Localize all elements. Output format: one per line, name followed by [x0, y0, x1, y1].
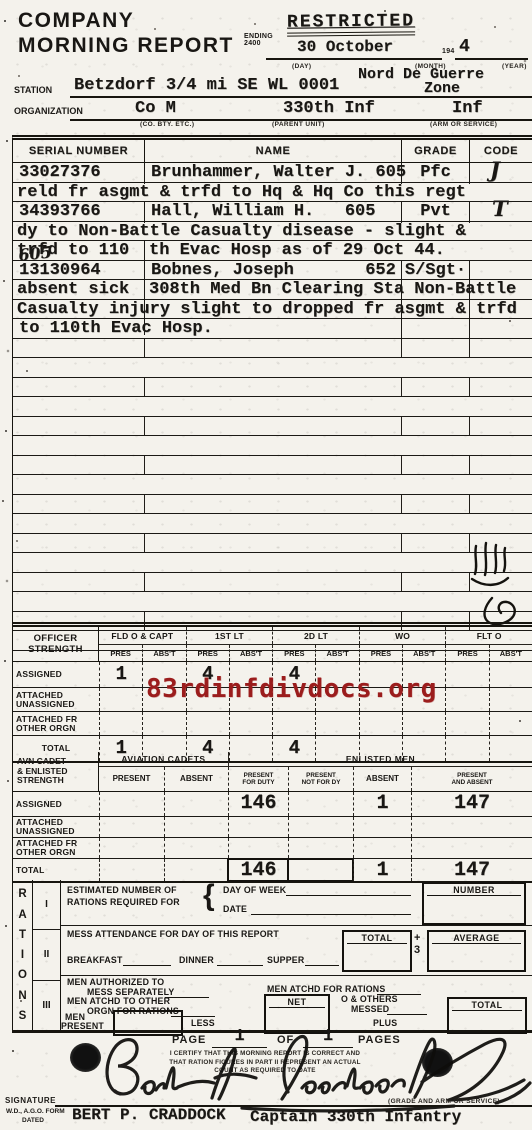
roster-row-remarks: to 110th Evac Hosp.	[13, 319, 532, 339]
rations-part-1: ESTIMATED NUMBER OF RATIONS REQUIRED FOR…	[61, 880, 532, 926]
supper-line	[305, 956, 339, 966]
archive-watermark: 83rdinfdivdocs.org	[146, 674, 437, 704]
officer-fldo-pres: 1	[115, 663, 126, 685]
report-year: 4	[459, 37, 470, 57]
rations-roman-numerals: IIIIII	[33, 880, 61, 1030]
plus-label: PLUS	[373, 1018, 397, 1028]
typed-signature-name: BERT P. CRADDOCK	[72, 1106, 226, 1124]
rations-total-label: TOTAL	[452, 1000, 522, 1011]
empty-row	[13, 514, 532, 534]
signature-label: SIGNATURE	[5, 1096, 56, 1105]
rations-section: RAT ION S IIIIII ESTIMATED NUMBER OF RAT…	[12, 880, 532, 1033]
date-underline	[266, 58, 442, 60]
enlisted-absent: 1	[376, 792, 388, 815]
scan-noise	[4, 20, 6, 22]
empty-row	[13, 397, 532, 417]
serial-number: 33027376	[19, 163, 101, 182]
number-box-label: NUMBER	[427, 885, 521, 896]
day-of-week-label: DAY OF WEEK	[223, 885, 286, 895]
form-title-line2: MORNING REPORT	[18, 34, 234, 58]
dinner-label: DINNER	[179, 955, 214, 965]
organization-label: ORGANIZATION	[14, 106, 83, 116]
serial-number: 13130964	[19, 261, 101, 280]
remarks-text: 308th Med Bn Clearing Sta Non-Battle	[149, 280, 516, 299]
date-line	[251, 905, 411, 915]
rations-vertical-label: RAT ION S	[13, 880, 33, 1030]
typed-signature-rank: Captain 330th Infantry	[250, 1108, 461, 1126]
divide-three: 3	[414, 944, 420, 956]
enlisted-strength-header: AVN CADET& ENLISTEDSTRENGTH AVIATION CAD…	[13, 752, 532, 792]
col-name: NAME	[144, 140, 401, 162]
station-zone-line2: Zone	[424, 80, 460, 97]
supper-label: SUPPER	[267, 955, 304, 965]
remarks-text: th Evac Hosp as of 29 Oct 44.	[149, 241, 445, 260]
roster-row-remarks: dy to Non-Battle Casualty disease - slig…	[13, 222, 532, 242]
mess-separately-line	[165, 988, 209, 998]
rations-part-3: MEN AUTHORIZED TO MESS SEPARATELY MEN AT…	[61, 975, 532, 1030]
roster-row-remarks: trfd to 110 th Evac Hosp as of 29 Oct 44…	[13, 241, 532, 261]
year-underline	[455, 58, 528, 60]
officer-strength-header: OFFICERSTRENGTH FLD O & CAPT1ST LT 2D LT…	[13, 627, 532, 662]
org-arm-value: Inf	[452, 99, 483, 118]
total-box-label: TOTAL	[347, 933, 407, 944]
station-label: STATION	[14, 85, 52, 95]
enlisted-strength-title: AVN CADET& ENLISTEDSTRENGTH	[13, 752, 99, 791]
empty-row	[13, 339, 532, 359]
grade-arm-sublabel: (GRADE AND ARM OR SERVICE)	[388, 1098, 500, 1105]
empty-row	[13, 456, 532, 476]
messed-label: MESSED	[351, 1004, 389, 1014]
empty-row	[13, 573, 532, 593]
soldier-name: Bobnes, Joseph 652	[151, 261, 396, 280]
enlisted-attached-fr-other-row: ATTACHED FROTHER ORGN	[13, 838, 532, 859]
org-company-value: Co M	[135, 99, 176, 118]
empty-row	[13, 534, 532, 554]
enlisted-present-and-absent: 147	[454, 792, 490, 815]
day-sublabel: (DAY)	[292, 63, 311, 70]
remarks-text: reld fr asgmt & trfd to Hq & Hq Co this …	[17, 183, 466, 202]
remarks-text: Casualty injury slight to dropped fr asg…	[17, 300, 517, 319]
pen-scribble	[462, 538, 532, 633]
date-label: DATE	[223, 904, 247, 914]
company-sublabel: (CO. BTY. ETC.)	[140, 121, 194, 128]
enlisted-subheader: PRESENT ABSENT PRESENTFOR DUTY PRESENTNO…	[99, 767, 532, 791]
officer-attached-fr-other-row: ATTACHED FROTHER ORGN	[13, 712, 532, 736]
remarks-left: trfd to 110	[17, 241, 129, 260]
pres-abst-subheader: PRESABS'T PRESABS'T PRESABS'T PRESABS'T …	[99, 645, 532, 661]
rations-part-2: MESS ATTENDANCE FOR DAY OF THIS REPORT T…	[61, 925, 532, 976]
classification-stamp: RESTRICTED	[287, 11, 415, 36]
parent-unit-sublabel: (PARENT UNIT)	[272, 121, 325, 128]
empty-row	[13, 358, 532, 378]
arm-service-sublabel: (ARM OR SERVICE)	[430, 121, 497, 128]
soldier-name: Brunhammer, Walter J. 605	[151, 163, 406, 182]
year-sublabel: (YEAR)	[502, 63, 527, 70]
estimated-rations-label1: ESTIMATED NUMBER OF	[67, 885, 177, 895]
rations-content: ESTIMATED NUMBER OF RATIONS REQUIRED FOR…	[61, 880, 532, 1030]
form-date-note: DATED	[22, 1117, 44, 1124]
roster-header-row: SERIAL NUMBER NAME GRADE CODE	[13, 140, 532, 163]
enlisted-total-present-and-absent: 147	[454, 859, 490, 882]
form-number-note: W.D., A.G.O. FORM	[6, 1108, 65, 1115]
empty-row	[13, 475, 532, 495]
empty-row	[13, 495, 532, 515]
roster-row-remarks: reld fr asgmt & trfd to Hq & Hq Co this …	[13, 183, 532, 203]
day-of-week-line	[286, 886, 411, 896]
average-box-label: AVERAGE	[432, 933, 521, 944]
grade: S/Sgt·	[405, 261, 466, 280]
messed-line	[387, 1005, 427, 1015]
estimated-rations-label2: RATIONS REQUIRED FOR	[67, 897, 180, 907]
roster-table: SERIAL NUMBER NAME GRADE CODE 33027376 B…	[12, 135, 532, 651]
form-title-line1: COMPANY	[18, 9, 134, 33]
enlisted-total-row: TOTAL 146 1 147	[13, 859, 532, 881]
station-zone-line1: Nord De Guerre	[358, 66, 484, 83]
empty-row	[13, 592, 532, 612]
code-handwritten: J	[490, 157, 500, 182]
officer-strength-title: OFFICERSTRENGTH	[13, 627, 99, 661]
station-underline	[70, 96, 532, 98]
men-atchd-other-label: MEN ATCHD TO OTHER	[67, 996, 170, 1006]
officer-grade-groups: FLD O & CAPT1ST LT 2D LTWO FLT O	[99, 627, 532, 645]
enlisted-strength-table: AVN CADET& ENLISTEDSTRENGTH AVIATION CAD…	[12, 752, 532, 883]
enlisted-assigned-row: ASSIGNED 146 1 147	[13, 792, 532, 817]
enlisted-total-present-for-duty: 146	[240, 859, 276, 882]
divide-plus: +	[414, 932, 421, 944]
net-box-label: NET	[269, 997, 325, 1008]
col-serial-number: SERIAL NUMBER	[13, 140, 144, 162]
average-box: AVERAGE	[427, 930, 526, 972]
breakfast-label: BREAKFAST	[67, 955, 123, 965]
morning-report-document: COMPANY MORNING REPORT RESTRICTED ENDING…	[0, 0, 532, 1130]
remarks-left: absent sick	[17, 280, 129, 299]
col-grade: GRADE	[401, 140, 469, 162]
men-authorized-label: MEN AUTHORIZED TO	[67, 977, 164, 987]
station-value: Betzdorf 3/4 mi SE WL 0001	[74, 76, 339, 95]
roster-row-entry: 13130964 Bobnes, Joseph 652 S/Sgt· T 652	[13, 261, 532, 281]
report-date: 30 October	[297, 38, 393, 56]
ending-label: ENDING2400	[244, 33, 273, 47]
mess-attendance-label: MESS ATTENDANCE FOR DAY OF THIS REPORT	[67, 929, 279, 939]
dinner-line	[217, 956, 263, 966]
enlisted-groups: AVIATION CADETSENLISTED MEN	[99, 752, 532, 767]
o-and-others-label: O & OTHERS	[341, 994, 398, 1004]
empty-row	[13, 378, 532, 398]
roster-row-entry: 33027376 Brunhammer, Walter J. 605 Pfc J	[13, 163, 532, 183]
empty-row	[13, 417, 532, 437]
number-box: NUMBER	[422, 882, 526, 925]
enlisted-attached-unassigned-row: ATTACHEDUNASSIGNED	[13, 817, 532, 838]
org-parent-value: 330th Inf	[283, 99, 375, 118]
men-atchd-for-rations-label: MEN ATCHD FOR RATIONS	[267, 984, 385, 994]
enlisted-total-absent: 1	[376, 859, 388, 882]
serial-number: 34393766	[19, 202, 101, 221]
empty-row	[13, 436, 532, 456]
col-code: CODE	[469, 140, 532, 162]
roster-row-remarks: absent sick 308th Med Bn Clearing Sta No…	[13, 280, 532, 300]
enlisted-present-for-duty: 146	[240, 792, 276, 815]
remarks-text: to 110th Evac Hosp.	[19, 319, 213, 338]
brace: {	[203, 879, 215, 913]
grade: Pfc	[420, 163, 451, 182]
empty-row	[13, 553, 532, 573]
breakfast-line	[123, 956, 171, 966]
roster-row-remarks: Casualty injury slight to dropped fr asg…	[13, 300, 532, 320]
total-box: TOTAL	[342, 930, 412, 972]
year-prefix: 194	[442, 48, 455, 55]
